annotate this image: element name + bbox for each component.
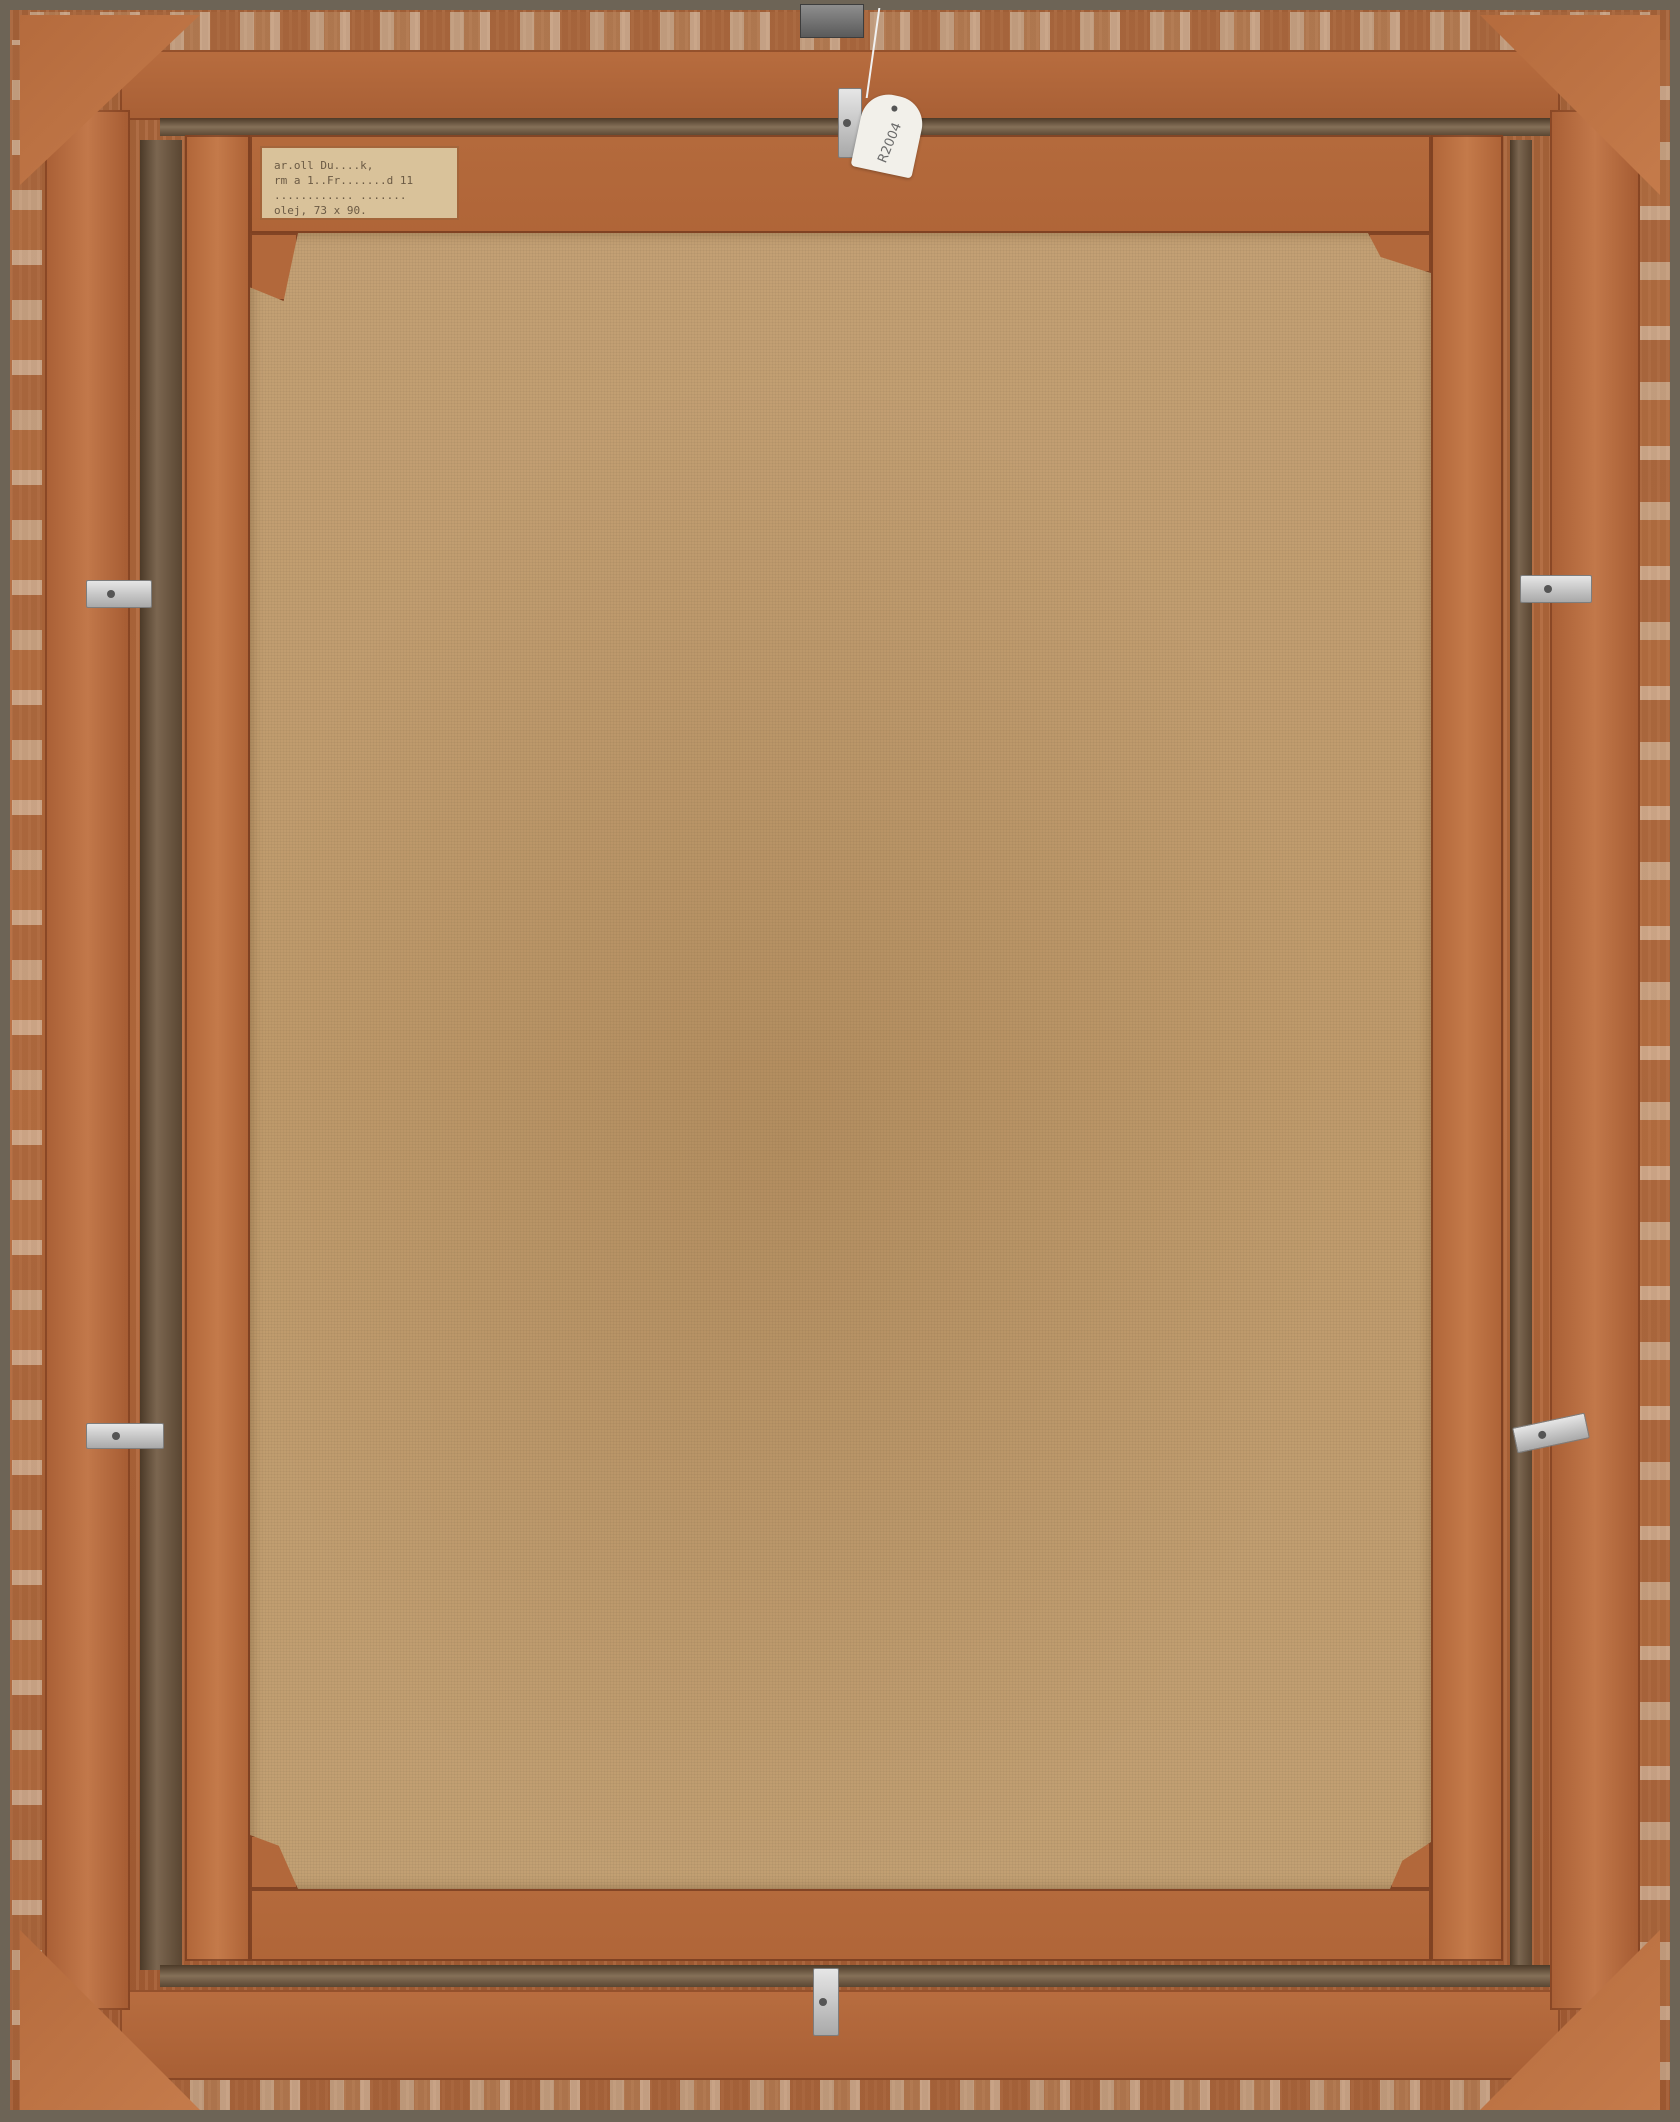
side-clip-right-upper-icon	[1520, 575, 1592, 603]
bottom-clip-icon	[813, 1968, 839, 2036]
side-clip-left-lower-icon	[86, 1423, 164, 1449]
canvas-tacking-edge-right	[1510, 140, 1532, 1970]
side-clip-left-upper-icon	[86, 580, 152, 608]
frame-bottom-rail	[120, 1990, 1560, 2080]
paper-label: ar.oll Du....k, rm a 1..Fr.......d 11 ..…	[262, 148, 457, 218]
frame-left-rail	[45, 110, 130, 2010]
tag-text: R2004	[868, 103, 912, 183]
label-line-2: rm a 1..Fr.......d 11	[274, 173, 445, 188]
canvas-tacking-edge-bottom	[160, 1965, 1550, 1987]
canvas-reverse	[250, 233, 1431, 1889]
frame-bottom-gesso	[120, 2075, 1560, 2110]
stretcher-bottom-bar	[250, 1889, 1431, 1961]
stretcher-left-bar	[185, 135, 250, 1961]
hanger-plate-icon	[800, 4, 864, 38]
frame-right-gesso	[1640, 40, 1670, 2080]
canvas-tacking-edge-left	[140, 140, 182, 1970]
frame-left-gesso	[12, 40, 42, 2080]
label-line-3: ............ .......	[274, 188, 445, 203]
label-line-4: olej, 73 x 90.	[274, 203, 445, 218]
label-line-1: ar.oll Du....k,	[274, 158, 445, 173]
stretcher-right-bar	[1431, 135, 1503, 1961]
frame-right-rail	[1550, 110, 1640, 2010]
